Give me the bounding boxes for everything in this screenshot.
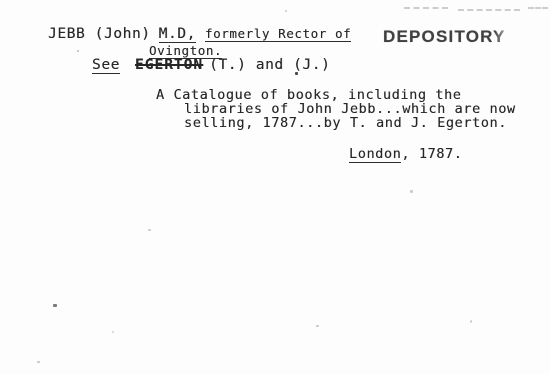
- scan-speck: [77, 50, 79, 52]
- scan-speck: [53, 304, 57, 307]
- catalog-card: DEPOSITORY JEBB (John)M.D,formerly Recto…: [0, 0, 550, 374]
- imprint-date: , 1787.: [401, 146, 462, 162]
- description-line-3: selling, 1787...by T. and J. Egerton.: [184, 115, 507, 131]
- scan-artifact-dash: [528, 7, 548, 9]
- scan-artifact-dash: [404, 7, 448, 9]
- scan-speck: [148, 229, 151, 231]
- scan-artifact-dash: [458, 9, 520, 11]
- scan-speck: [285, 10, 287, 12]
- heading-continuation: Ovington.: [149, 43, 222, 58]
- see-reference-line: SeeEGERTON(T.) and (J.): [92, 57, 330, 73]
- scan-speck: [470, 320, 472, 323]
- author-name: JEBB (John): [48, 26, 151, 42]
- scan-speck: [316, 325, 319, 327]
- scan-speck: [295, 72, 298, 75]
- imprint-place: London: [349, 146, 401, 163]
- depository-stamp: DEPOSITORY: [383, 27, 506, 47]
- scan-speck: [37, 361, 40, 363]
- see-label: See: [92, 57, 120, 74]
- scan-speck: [112, 331, 114, 333]
- author-degree: M.D,: [159, 26, 196, 43]
- imprint-line: London, 1787.: [349, 146, 462, 162]
- scan-speck: [410, 190, 413, 193]
- reference-name-struck: EGERTON: [135, 57, 203, 73]
- author-qualifier: formerly Rector of: [205, 26, 351, 42]
- reference-initials: (T.) and (J.): [209, 57, 330, 73]
- heading-line: JEBB (John)M.D,formerly Rector of: [48, 26, 351, 42]
